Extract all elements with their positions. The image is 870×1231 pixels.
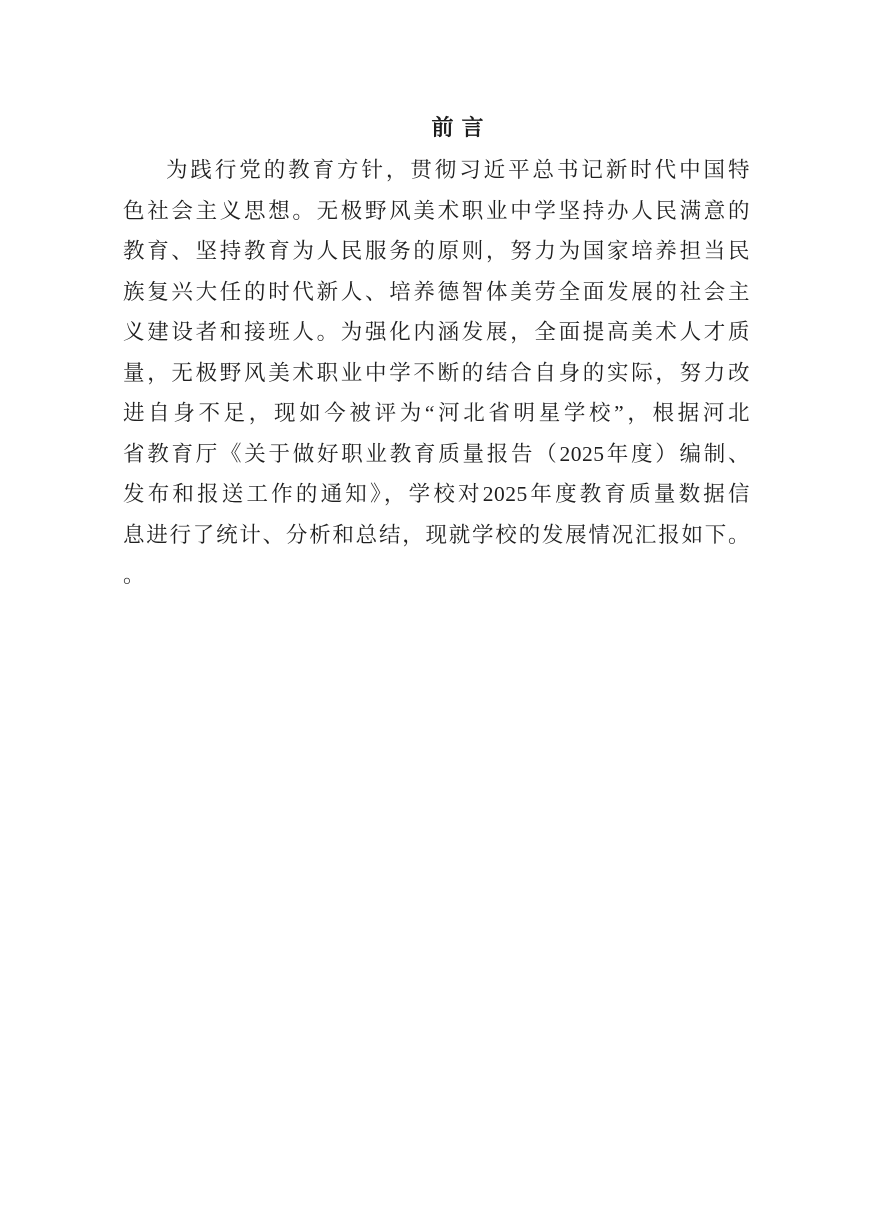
paragraph-line: 色社会主义思想。无极野风美术职业中学坚持办人民满意的 <box>123 191 750 232</box>
paragraph-line: 发布和报送工作的通知》，学校对2025年度教育质量数据信 <box>123 474 750 515</box>
paragraph-line: 族复兴大任的时代新人、培养德智体美劳全面发展的社会主 <box>123 272 750 313</box>
paragraph-line: 量，无极野风美术职业中学不断的结合自身的实际，努力改 <box>123 353 750 394</box>
document-title: 前言 <box>148 107 775 148</box>
paragraph-line: 进自身不足，现如今被评为“河北省明星学校”，根据河北 <box>123 393 750 434</box>
paragraph-line: 为践行党的教育方针，贯彻习近平总书记新时代中国特 <box>123 150 750 191</box>
paragraph-line: 息进行了统计、分析和总结，现就学校的发展情况汇报如下。 <box>123 515 750 556</box>
paragraph-line: 。 <box>123 555 750 596</box>
paragraph-line: 义建设者和接班人。为强化内涵发展，全面提高美术人才质 <box>123 312 750 353</box>
paragraph-line: 教育、坚持教育为人民服务的原则，努力为国家培养担当民 <box>123 231 750 272</box>
document-page: 前言 为践行党的教育方针，贯彻习近平总书记新时代中国特 色社会主义思想。无极野风… <box>0 0 870 1231</box>
document-content: 前言 为践行党的教育方针，贯彻习近平总书记新时代中国特 色社会主义思想。无极野风… <box>0 0 870 596</box>
preface-paragraph: 为践行党的教育方针，贯彻习近平总书记新时代中国特 色社会主义思想。无极野风美术职… <box>123 150 750 596</box>
paragraph-line: 省教育厅《关于做好职业教育质量报告（2025年度）编制、 <box>123 434 750 475</box>
